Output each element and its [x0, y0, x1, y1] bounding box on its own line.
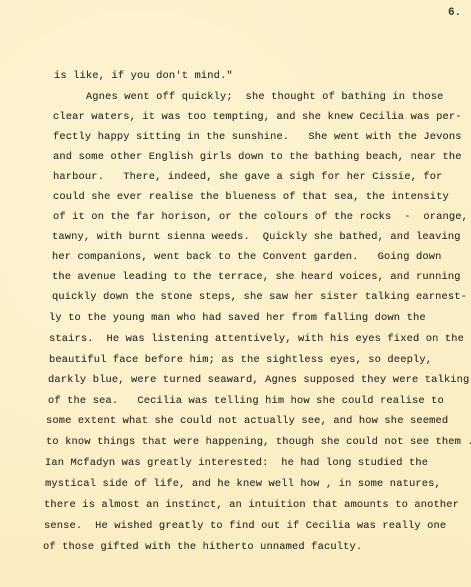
text-line: of those gifted with the hitherto unname… [43, 541, 362, 553]
text-line: clear waters, it was too tempting, and s… [53, 111, 462, 123]
text-line: mystical side of life, and he knew well … [45, 478, 441, 490]
text-line: is like, if you don't mind." [54, 70, 233, 82]
text-line: Ian Mcfadyn was greatly interested: he h… [45, 457, 428, 469]
text-line: could she ever realise the blueness of t… [53, 191, 449, 203]
text-line: some extent what she could not actually … [46, 415, 448, 427]
text-line: harbour. There, indeed, she gave a sigh … [53, 171, 443, 183]
text-line: darkly blue, were turned seaward, Agnes … [48, 374, 469, 386]
text-line: beautiful face before him; as the sightl… [49, 354, 432, 366]
text-line: to know things that were happening, thou… [46, 436, 471, 448]
text-line: stairs. He was listening attentively, wi… [49, 333, 464, 345]
text-line: ly to the young man who had saved her fr… [49, 312, 426, 324]
text-line: quickly down the stone steps, she saw he… [52, 291, 467, 303]
text-line: fectly happy sitting in the sunshine. Sh… [53, 131, 462, 143]
typewritten-page: 6. is like, if you don't mind." Agnes we… [0, 0, 471, 587]
text-line: her companions, went back to the Convent… [52, 251, 442, 263]
text-line: tawny, with burnt sienna weeds. Quickly … [52, 231, 461, 243]
page-number: 6. [448, 7, 461, 19]
text-line: of it on the far horison, or the colours… [53, 211, 468, 223]
text-line: Agnes went off quickly; she thought of b… [54, 91, 444, 103]
text-line: sense. He wished greatly to find out if … [44, 520, 446, 532]
text-line: and some other English girls down to the… [53, 151, 462, 163]
text-line: there is almost an instinct, an intuitio… [44, 499, 459, 511]
text-line: the avenue leading to the terrace, she h… [52, 271, 461, 283]
text-line: of the sea. Cecilia was telling him how … [48, 395, 444, 407]
